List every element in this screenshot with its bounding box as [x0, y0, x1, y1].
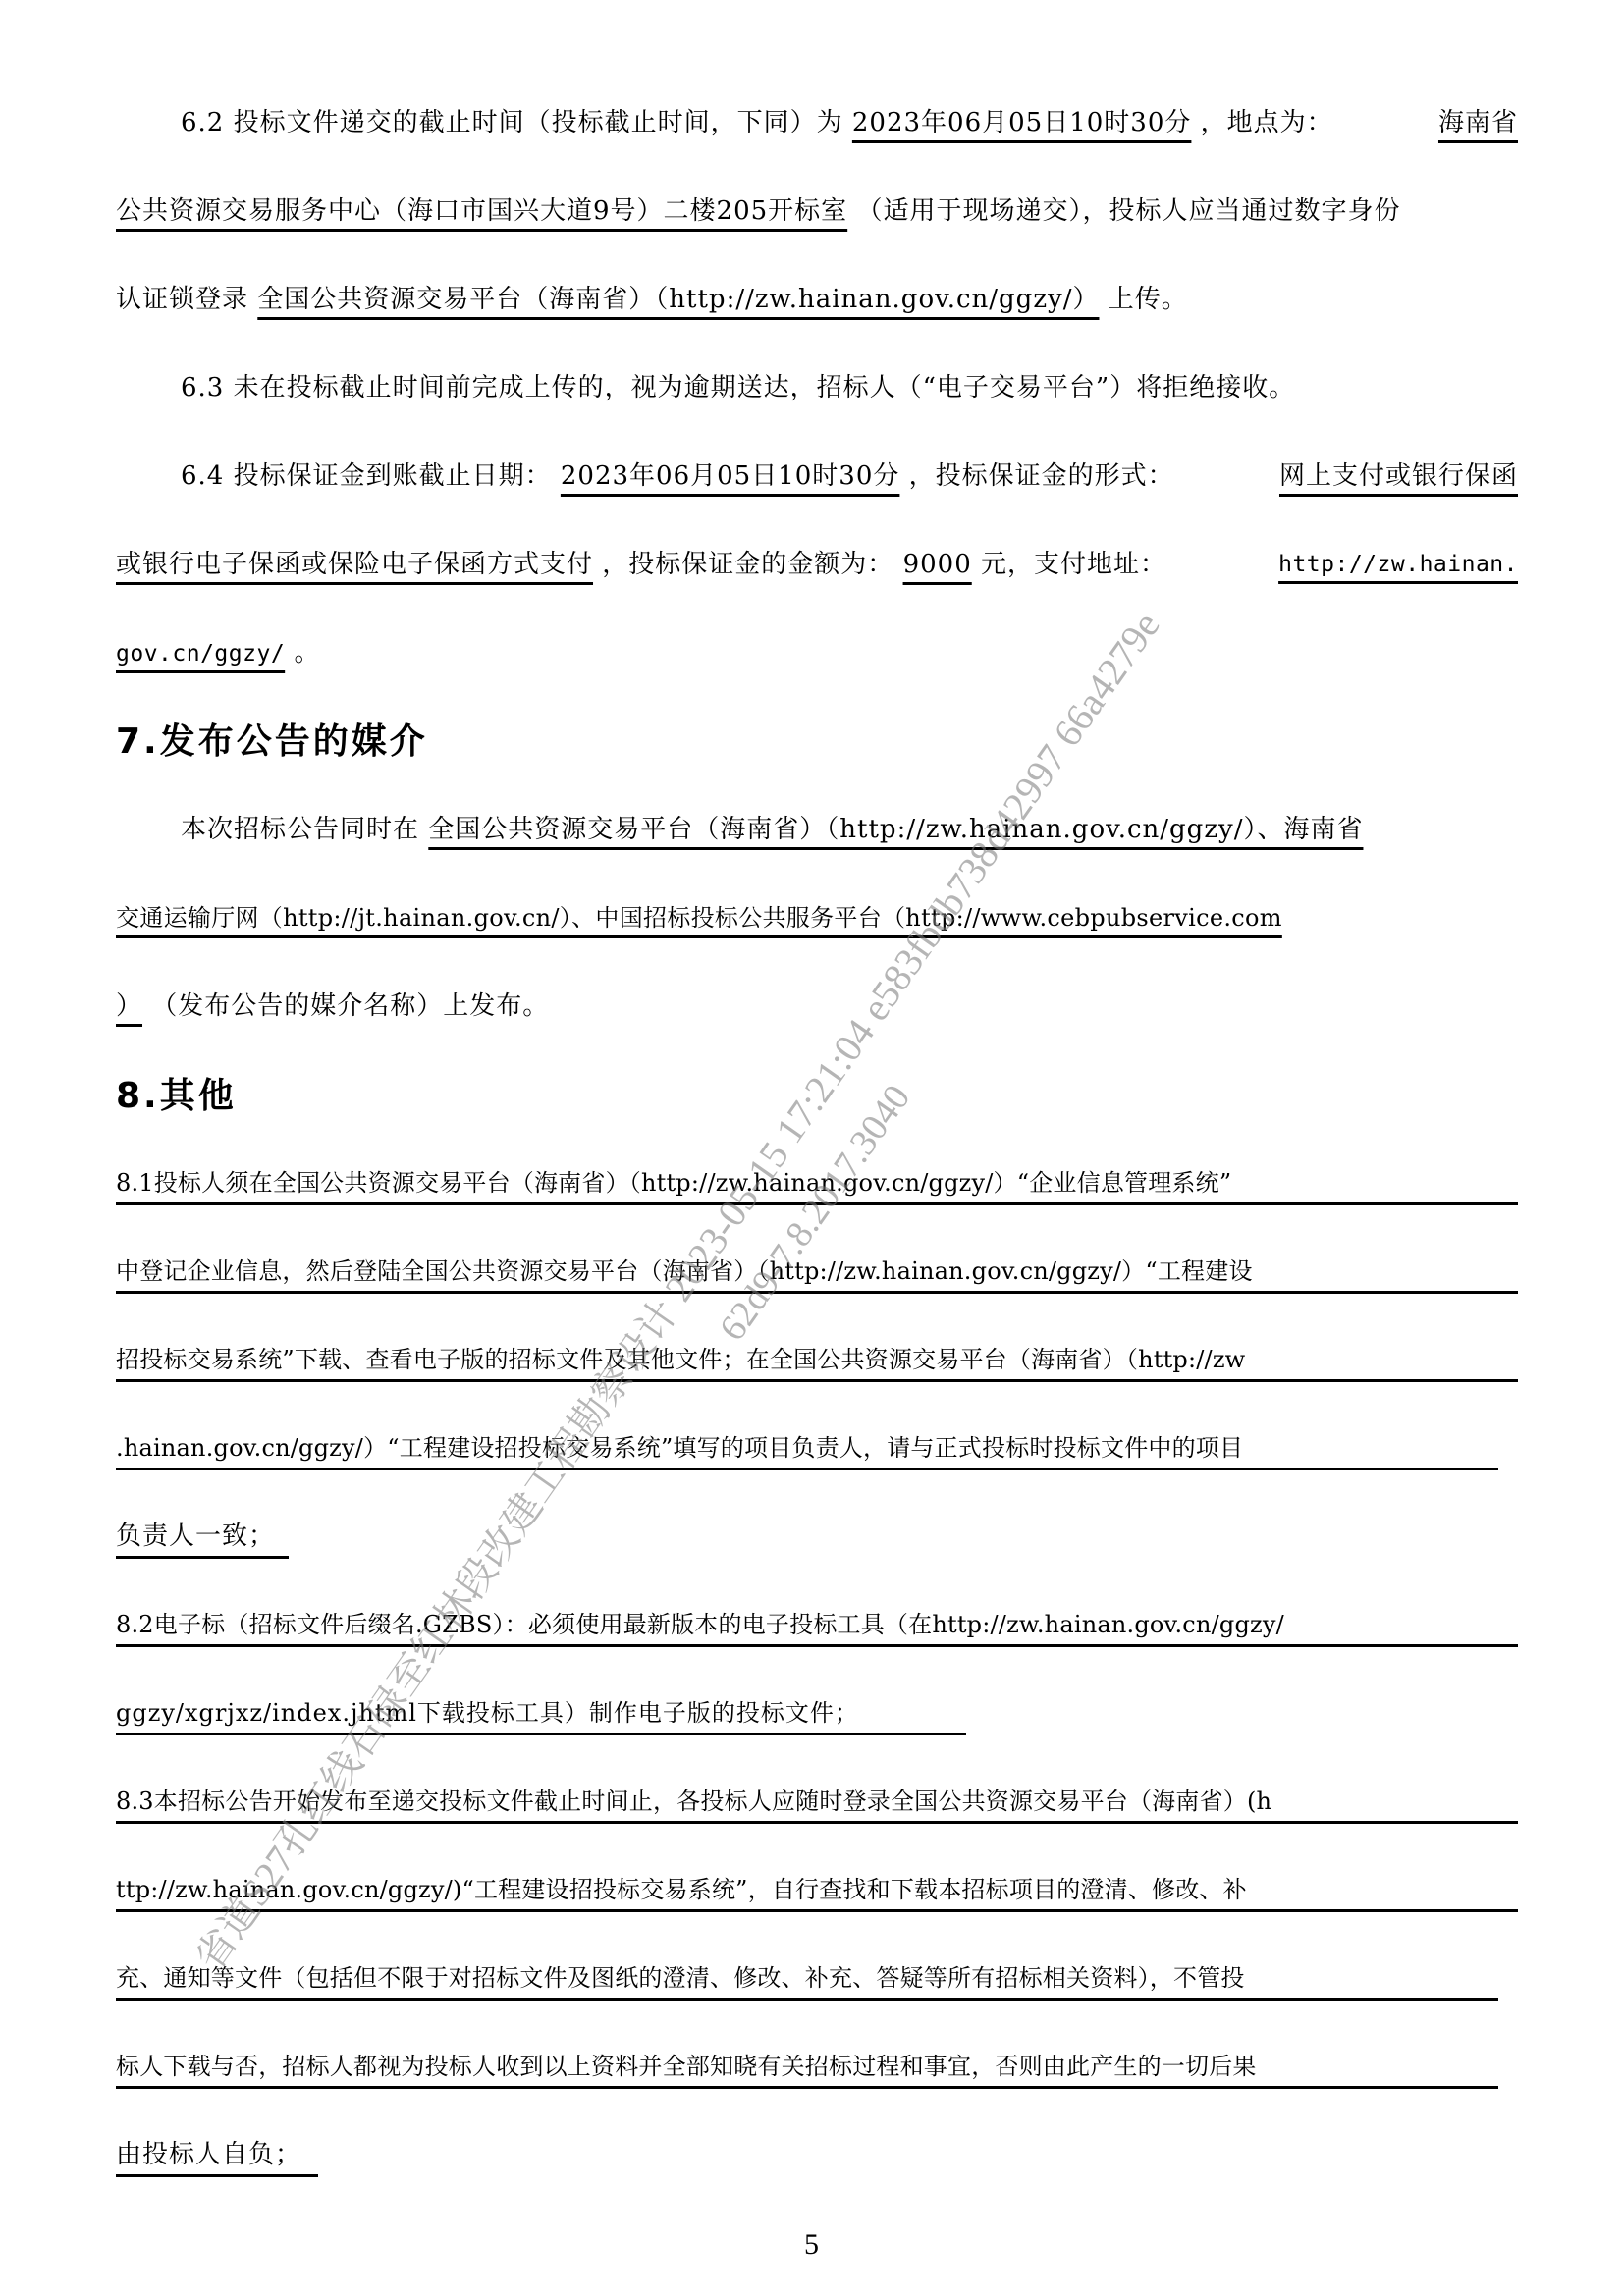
s8-2-line-1: 8.2电子标（招标文件后缀名.GZBS）：必须使用最新版本的电子投标工具（在ht…	[116, 1605, 1518, 1647]
s8-1-line-2: 中登记企业信息，然后登陆全国公共资源交易平台（海南省）（http://zw.ha…	[116, 1252, 1518, 1294]
s8-3-line-3: 充、通知等文件（包括但不限于对招标文件及图纸的澄清、修改、补充、答疑等所有招标相…	[116, 1958, 1498, 2001]
document-page: 6.2 投标文件递交的截止时间（投标截止时间，下同）为 2023年06月05日1…	[0, 0, 1623, 2296]
deposit-amount-label: ，投标保证金的金额为：	[602, 550, 893, 579]
s6-2-line3-suffix: 上传。	[1109, 285, 1188, 314]
deposit-amount-unit: 元，支付地址：	[981, 550, 1166, 579]
bid-deadline: 2023年06月05日10时30分	[852, 108, 1192, 137]
media-part-c: ）	[116, 991, 142, 1021]
section-7-heading: 7.发布公告的媒介	[116, 719, 428, 766]
payment-url-b[interactable]: gov.cn/ggzy/	[116, 641, 285, 667]
s6-2-line3-prefix: 认证锁登录	[116, 285, 248, 314]
s6-2-line-2: 公共资源交易服务中心（海口市国兴大道9号）二楼205开标室 （适用于现场递交），…	[116, 191, 1518, 231]
s8-1-line-3: 招投标交易系统”下载、查看电子版的招标文件及其他文件；在全国公共资源交易平台（海…	[116, 1340, 1518, 1382]
place-part-b: 公共资源交易服务中心（海口市国兴大道9号）二楼205开标室	[116, 196, 847, 226]
s8-3-line-5: 由投标人自负；	[116, 2135, 318, 2177]
s6-4-mid: ，投标保证金的形式：	[909, 461, 1174, 491]
deposit-form-a: 网上支付或银行保函	[1279, 456, 1518, 496]
deposit-amount: 9000	[903, 550, 972, 579]
s6-4-line-2: 或银行电子保函或保险电子保函方式支付 ，投标保证金的金额为： 9000 元，支付…	[116, 545, 1518, 584]
media-part-a: 全国公共资源交易平台（海南省）（http://zw.hainan.gov.cn/…	[428, 815, 1363, 844]
s8-3-line-4: 标人下载与否，招标人都视为投标人收到以上资料并全部知晓有关招标过程和事宜，否则由…	[116, 2047, 1498, 2089]
s6-4-prefix: 6.4 投标保证金到账截止日期：	[181, 461, 552, 491]
s8-1-line-5: 负责人一致；	[116, 1517, 289, 1559]
s7-prefix: 本次招标公告同时在	[181, 815, 419, 844]
s6-4-line-3: gov.cn/ggzy/ 。	[116, 633, 1518, 672]
place-part-a: 海南省	[1438, 103, 1518, 142]
s6-4-end: 。	[294, 638, 320, 667]
payment-url-a[interactable]: http://zw.hainan.	[1278, 545, 1518, 584]
upload-platform-link[interactable]: 全国公共资源交易平台（海南省）（http://zw.hainan.gov.cn/…	[257, 285, 1099, 314]
s7-line-1: 本次招标公告同时在 全国公共资源交易平台（海南省）（http://zw.hain…	[116, 810, 1518, 849]
s6-2-mid: ，地点为：	[1201, 108, 1333, 137]
section-8-heading: 8.其他	[116, 1073, 237, 1120]
deposit-deadline: 2023年06月05日10时30分	[561, 461, 900, 491]
s7-suffix: （发布公告的媒介名称）上发布。	[151, 991, 549, 1021]
s6-3-line: 6.3 未在投标截止时间前完成上传的，视为逾期送达，招标人（“电子交易平台”）将…	[116, 368, 1518, 407]
page-number: 5	[0, 2228, 1623, 2262]
s7-line-2: 交通运输厅网（http://jt.hainan.gov.cn/）、中国招标投标公…	[116, 898, 1518, 937]
s6-2-line-3: 认证锁登录 全国公共资源交易平台（海南省）（http://zw.hainan.g…	[116, 280, 1518, 319]
s8-3-line-2: ttp://zw.hainan.gov.cn/ggzy/)“工程建设招投标交易系…	[116, 1870, 1518, 1912]
media-part-b: 交通运输厅网（http://jt.hainan.gov.cn/）、中国招标投标公…	[116, 904, 1282, 932]
s6-2-line-1: 6.2 投标文件递交的截止时间（投标截止时间，下同）为 2023年06月05日1…	[116, 103, 1518, 142]
s6-4-line-1: 6.4 投标保证金到账截止日期： 2023年06月05日10时30分 ，投标保证…	[116, 456, 1518, 496]
s8-2-line-2: ggzy/xgrjxz/index.jhtml下载投标工具）制作电子版的投标文件…	[116, 1693, 966, 1735]
s7-line-3: ） （发布公告的媒介名称）上发布。	[116, 987, 1518, 1026]
s6-2-suffix: （适用于现场递交），投标人应当通过数字身份	[856, 196, 1400, 226]
s6-2-prefix: 6.2 投标文件递交的截止时间（投标截止时间，下同）为	[181, 108, 843, 137]
deposit-form-b: 或银行电子保函或保险电子保函方式支付	[116, 550, 593, 579]
s8-1-line-4: .hainan.gov.cn/ggzy/）“工程建设招投标交易系统”填写的项目负…	[116, 1428, 1498, 1470]
